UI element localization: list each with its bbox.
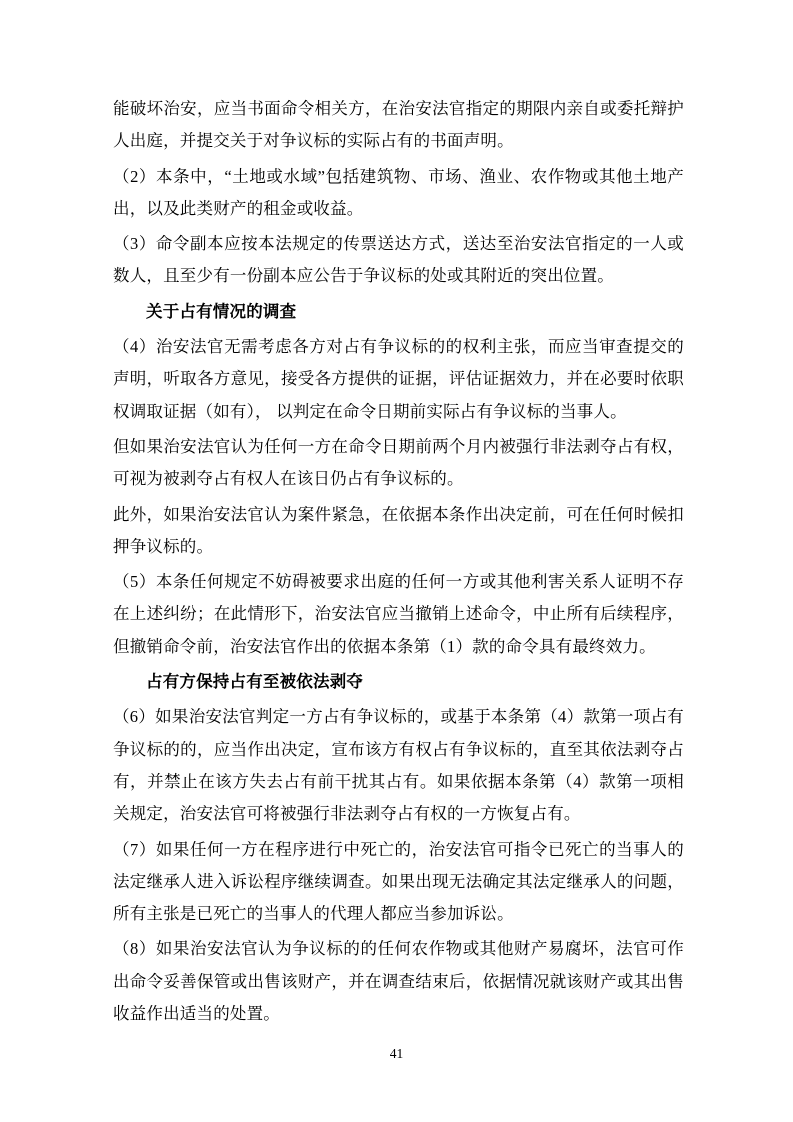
paragraph: （7）如果任何一方在程序进行中死亡的，治安法官可指令已死亡的当事人的法定继承人进… <box>113 834 684 931</box>
page-number: 41 <box>0 1046 793 1062</box>
section-heading: 占有方保持占有至被依法剥夺 <box>113 666 684 698</box>
paragraph: 能破坏治安，应当书面命令相关方，在治安法官指定的期限内亲自或委托辩护人出庭，并提… <box>113 93 684 158</box>
paragraph: （8）如果治安法官认为争议标的的任何农作物或其他财产易腐坏，法官可作出命令妥善保… <box>113 933 684 1030</box>
paragraph: 但如果治安法官认为任何一方在命令日期前两个月内被强行非法剥夺占有权，可视为被剥夺… <box>113 431 684 496</box>
document-body: 能破坏治安，应当书面命令相关方，在治安法官指定的期限内亲自或委托辩护人出庭，并提… <box>113 93 684 1033</box>
section-heading: 关于占有情况的调查 <box>113 296 684 328</box>
paragraph: （4）治安法官无需考虑各方对占有争议标的的权利主张，而应当审查提交的声明，听取各… <box>113 331 684 428</box>
paragraph: 此外，如果治安法官认为案件紧急，在依据本条作出决定前，可在任何时候扣押争议标的。 <box>113 499 684 564</box>
document-page: 能破坏治安，应当书面命令相关方，在治安法官指定的期限内亲自或委托辩护人出庭，并提… <box>0 0 793 1122</box>
paragraph: （3）命令副本应按本法规定的传票送达方式，送达至治安法官指定的一人或数人，且至少… <box>113 228 684 293</box>
paragraph: （5）本条任何规定不妨碍被要求出庭的任何一方或其他利害关系人证明不存在上述纠纷；… <box>113 566 684 663</box>
paragraph: （6）如果治安法官判定一方占有争议标的，或基于本条第（4）款第一项占有争议标的的… <box>113 701 684 830</box>
paragraph: （2）本条中，“土地或水域”包括建筑物、市场、渔业、农作物或其他土地产出，以及此… <box>113 161 684 226</box>
